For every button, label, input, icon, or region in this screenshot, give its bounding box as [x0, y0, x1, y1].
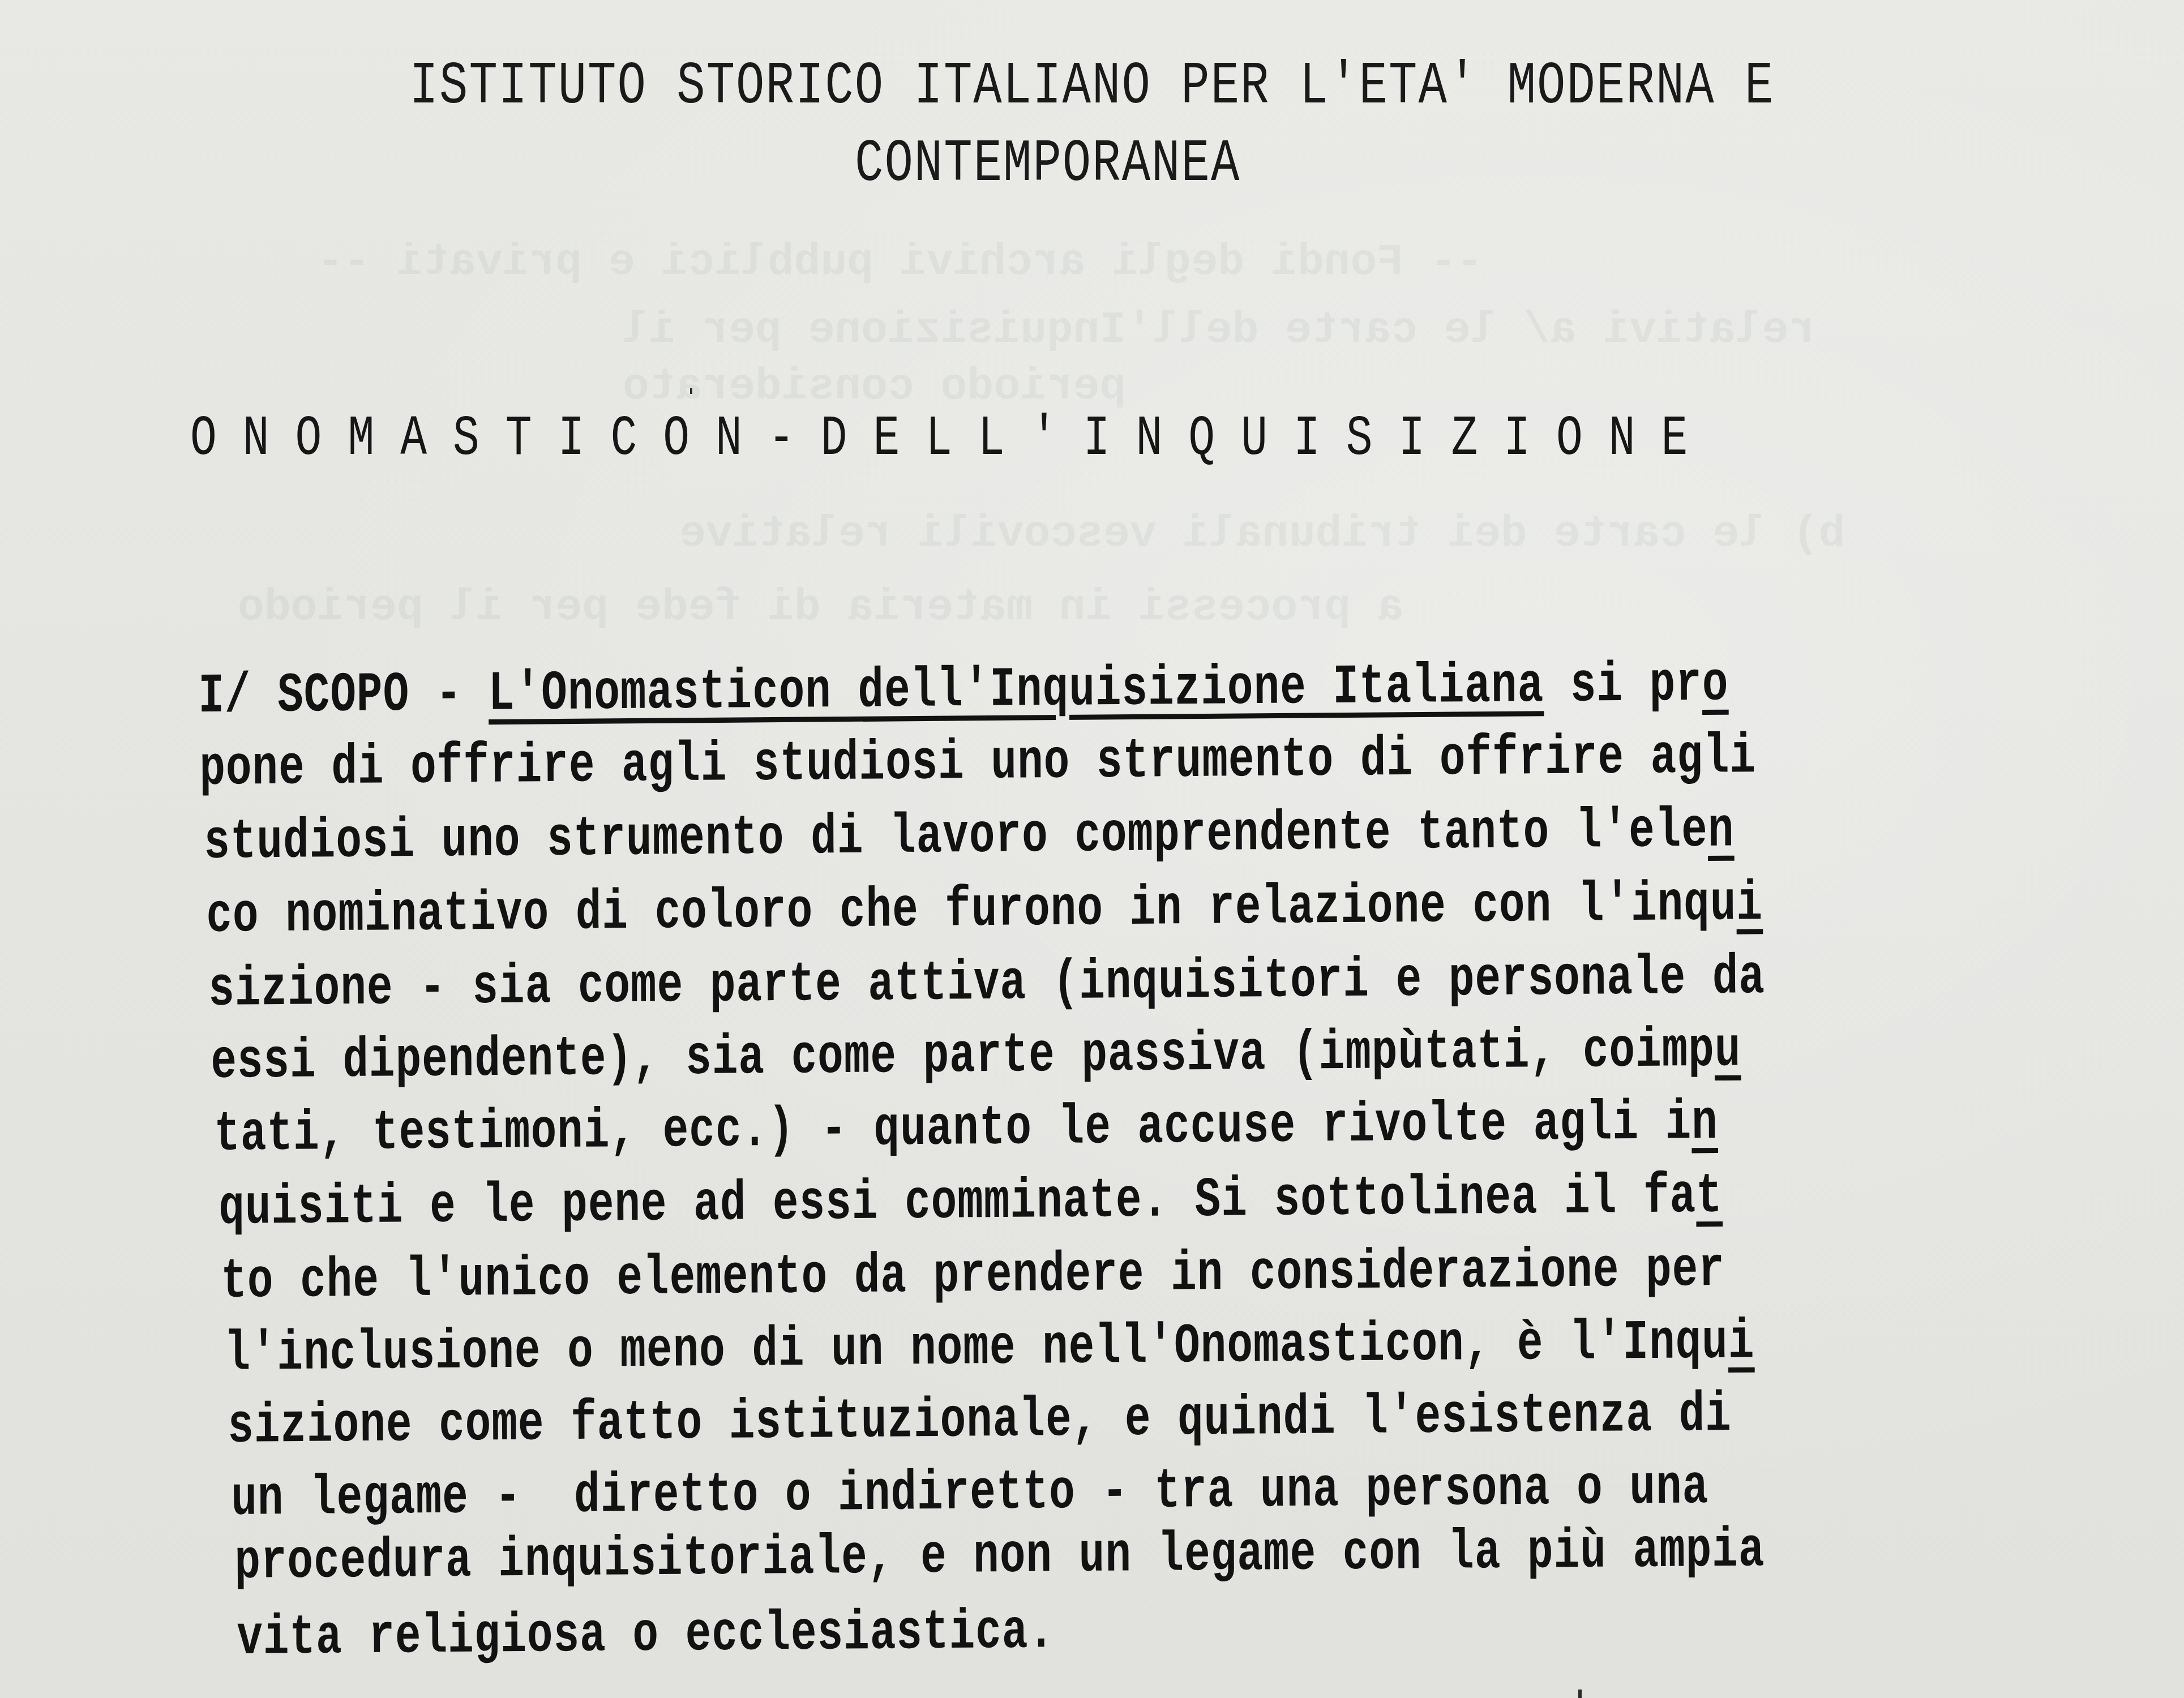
paragraph-line: vita religiosa o ecclesiastica.	[237, 1601, 1055, 1670]
line-underlined-char: o	[1702, 653, 1729, 717]
show-through-text: relativi a/ le carte dell'Inquisizione p…	[623, 306, 1815, 355]
show-through-text: periodo considerato	[623, 362, 1126, 412]
institution-name-line-2: CONTEMPORANEA	[0, 131, 2184, 199]
line-text: sizione - sia come parte attiva (inquisi…	[208, 946, 1765, 1022]
line-text: to che l'unico elemento da prendere in c…	[221, 1238, 1725, 1314]
section-label: I/ SCOPO -	[198, 663, 489, 728]
line-text: quisiti e le pene ad essi comminate. Si …	[219, 1165, 1696, 1240]
line-text: si pr	[1544, 653, 1702, 718]
line-text: l'inclusione o meno di un nome nell'Onom…	[224, 1311, 1728, 1386]
paragraph-line: sizione - sia come parte attiva (inquisi…	[208, 946, 1765, 1022]
paragraph-line: I/ SCOPO - L'Onomasticon dell'Inquisizio…	[198, 653, 1729, 728]
line-text: sizione come fatto istituzionale, e quin…	[228, 1383, 1732, 1459]
paragraph-line: l'inclusione o meno di un nome nell'Onom…	[224, 1311, 1755, 1386]
show-through-text: a processi in materia di fede per il per…	[238, 583, 1404, 633]
document-page: -- Fondi degli archivi pubblici e privat…	[0, 0, 2184, 1698]
paragraph-line: essi dipendente), sia come parte passiva…	[211, 1019, 1741, 1094]
line-text: un legame - diretto o indiretto - tra un…	[231, 1456, 1708, 1531]
line-text: essi dipendente), sia come parte passiva…	[211, 1019, 1715, 1094]
ink-speck	[1578, 1690, 1582, 1698]
line-underlined-char: n	[1691, 1091, 1718, 1155]
line-text: co nominativo di coloro che furono in re…	[206, 873, 1737, 948]
line-text: procedura inquisitoriale, e non un legam…	[234, 1519, 1765, 1594]
paragraph-line: tati, testimoni, ecc.) - quanto le accus…	[214, 1091, 1718, 1167]
paragraph-line: quisiti e le pene ad essi comminate. Si …	[219, 1165, 1723, 1240]
line-text: tati, testimoni, ecc.) - quanto le accus…	[214, 1091, 1691, 1167]
paragraph-line: pone di offrire agli studiosi uno strume…	[199, 725, 1756, 801]
line-underlined-char: i	[1736, 872, 1763, 936]
line-underlined-char: n	[1708, 799, 1735, 863]
ink-speck	[690, 388, 692, 394]
show-through-text: -- Fondi degli archivi pubblici e privat…	[317, 238, 1483, 288]
line-underlined-char: u	[1715, 1019, 1741, 1082]
line-underlined-char: t	[1696, 1165, 1723, 1228]
underlined-title: L'Onomasticon dell'Inquisizione Italiana	[489, 654, 1544, 726]
line-text: pone di offrire agli studiosi uno strume…	[199, 725, 1756, 801]
paragraph-line: studiosi uno strumento di lavoro compren…	[204, 799, 1735, 874]
paragraph-line: sizione come fatto istituzionale, e quin…	[228, 1383, 1732, 1459]
paragraph-line: un legame - diretto o indiretto - tra un…	[231, 1456, 1708, 1531]
document-title: ONOMASTICON-DELL'INQUISIZIONE	[190, 408, 1714, 471]
paragraph-line: co nominativo di coloro che furono in re…	[206, 872, 1763, 948]
show-through-text: b) le carte dei tribunali vescovili rela…	[679, 509, 1845, 559]
institution-name-line-1: ISTITUTO STORICO ITALIANO PER L'ETA' MOD…	[0, 54, 2184, 121]
paragraph-line: to che l'unico elemento da prendere in c…	[221, 1238, 1725, 1314]
line-underlined-char: i	[1728, 1311, 1755, 1374]
line-text: vita religiosa o ecclesiastica.	[237, 1601, 1055, 1670]
line-text: studiosi uno strumento di lavoro compren…	[204, 799, 1708, 874]
paragraph-line: procedura inquisitoriale, e non un legam…	[234, 1519, 1765, 1594]
